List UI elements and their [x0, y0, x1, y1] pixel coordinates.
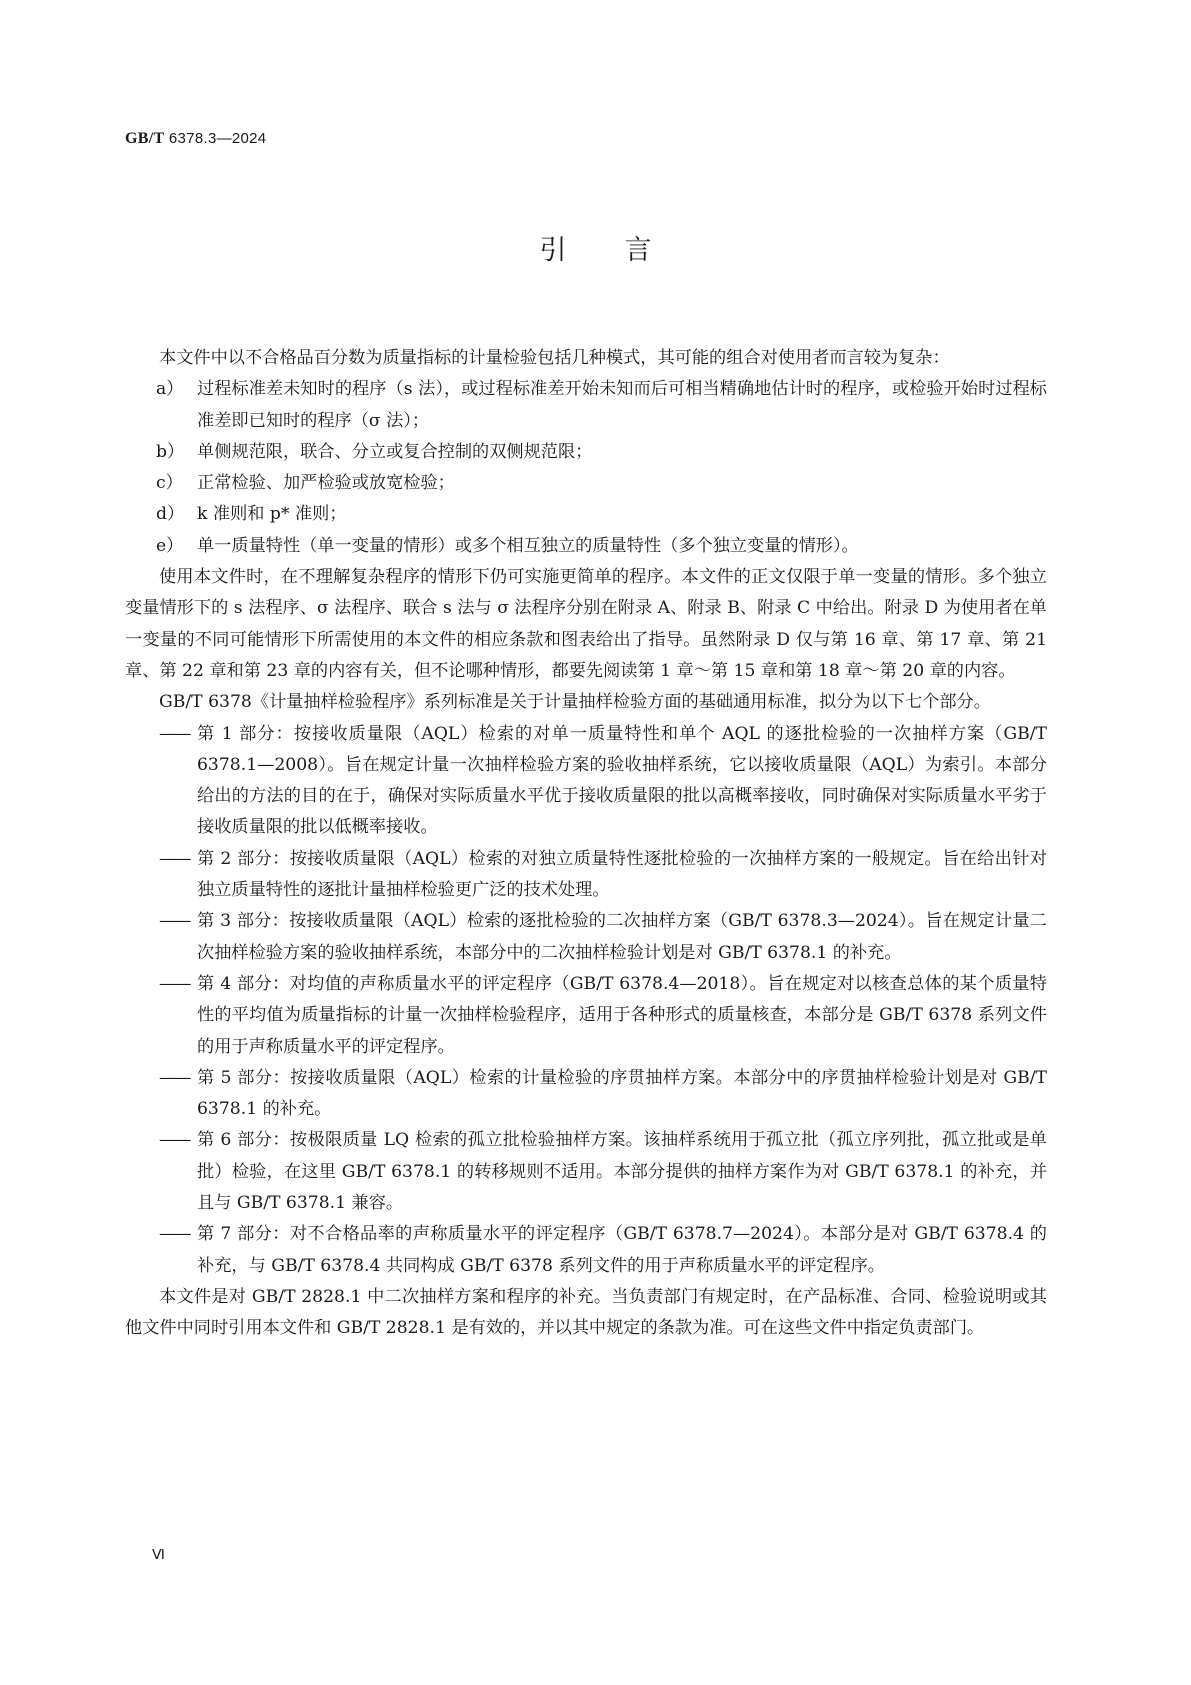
list-label: e）: [156, 531, 183, 562]
document-body: 本文件中以不合格品百分数为质量指标的计量检验包括几种模式，其可能的组合对使用者而…: [125, 343, 1047, 1345]
standard-prefix: GB/T: [125, 130, 164, 147]
list-text: 正常检验、加严检验或放宽检验；: [197, 473, 455, 493]
list-item: c） 正常检验、加严检验或放宽检验；: [125, 468, 1047, 499]
list-item: d） k 准则和 p* 准则；: [125, 499, 1047, 530]
part-item: —— 第 6 部分：按极限质量 LQ 检索的孤立批检验抽样方案。该抽样系统用于孤…: [125, 1125, 1047, 1219]
part-item: —— 第 1 部分：按接收质量限（AQL）检索的对单一质量特性和单个 AQL 的…: [125, 719, 1047, 844]
part-item: —— 第 5 部分：按接收质量限（AQL）检索的计量检验的序贯抽样方案。本部分中…: [125, 1063, 1047, 1126]
part-text: 第 5 部分：按接收质量限（AQL）检索的计量检验的序贯抽样方案。本部分中的序贯…: [197, 1068, 1047, 1119]
part-text: 第 4 部分：对均值的声称质量水平的评定程序（GB/T 6378.4—2018）…: [197, 974, 1047, 1057]
part-text: 第 6 部分：按极限质量 LQ 检索的孤立批检验抽样方案。该抽样系统用于孤立批（…: [197, 1130, 1047, 1213]
document-header: GB/T 6378.3—2024: [125, 130, 266, 148]
part-text: 第 2 部分：按接收质量限（AQL）检索的对独立质量特性逐批检验的一次抽样方案的…: [197, 849, 1047, 900]
list-text: 单侧规范限，联合、分立或复合控制的双侧规范限；: [197, 442, 592, 462]
em-dash: ——: [159, 1219, 189, 1250]
part-item: —— 第 3 部分：按接收质量限（AQL）检索的逐批检验的二次抽样方案（GB/T…: [125, 906, 1047, 969]
list-label: a）: [156, 374, 183, 405]
list-label: d）: [156, 499, 184, 530]
modes-list: a） 过程标准差未知时的程序（s 法），或过程标准差开始未知而后可相当精确地估计…: [125, 374, 1047, 562]
part-item: —— 第 4 部分：对均值的声称质量水平的评定程序（GB/T 6378.4—20…: [125, 969, 1047, 1063]
part-item: —— 第 7 部分：对不合格品率的声称质量水平的评定程序（GB/T 6378.7…: [125, 1219, 1047, 1282]
usage-paragraph: 使用本文件时，在不理解复杂程序的情形下仍可实施更简单的程序。本文件的正文仅限于单…: [125, 562, 1047, 687]
em-dash: ——: [159, 969, 189, 1000]
standard-number: 6378.3—2024: [169, 130, 267, 147]
closing-paragraph: 本文件是对 GB/T 2828.1 中二次抽样方案和程序的补充。当负责部门有规定…: [125, 1282, 1047, 1345]
parts-list: —— 第 1 部分：按接收质量限（AQL）检索的对单一质量特性和单个 AQL 的…: [125, 719, 1047, 1282]
em-dash: ——: [159, 1125, 189, 1156]
part-item: —— 第 2 部分：按接收质量限（AQL）检索的对独立质量特性逐批检验的一次抽样…: [125, 844, 1047, 907]
series-paragraph: GB/T 6378《计量抽样检验程序》系列标准是关于计量抽样检验方面的基础通用标…: [125, 687, 1047, 718]
list-label: b）: [156, 437, 184, 468]
em-dash: ——: [159, 906, 189, 937]
intro-paragraph: 本文件中以不合格品百分数为质量指标的计量检验包括几种模式，其可能的组合对使用者而…: [125, 343, 1047, 374]
em-dash: ——: [159, 719, 189, 750]
part-text: 第 7 部分：对不合格品率的声称质量水平的评定程序（GB/T 6378.7—20…: [197, 1224, 1047, 1275]
list-text: 单一质量特性（单一变量的情形）或多个相互独立的质量特性（多个独立变量的情形）。: [197, 536, 859, 556]
list-item: a） 过程标准差未知时的程序（s 法），或过程标准差开始未知而后可相当精确地估计…: [125, 374, 1047, 437]
list-label: c）: [156, 468, 183, 499]
em-dash: ——: [159, 1063, 189, 1094]
list-item: b） 单侧规范限，联合、分立或复合控制的双侧规范限；: [125, 437, 1047, 468]
page-title: 引言: [0, 228, 1191, 267]
part-text: 第 1 部分：按接收质量限（AQL）检索的对单一质量特性和单个 AQL 的逐批检…: [197, 724, 1047, 838]
part-text: 第 3 部分：按接收质量限（AQL）检索的逐批检验的二次抽样方案（GB/T 63…: [197, 911, 1047, 962]
list-text: k 准则和 p* 准则；: [197, 504, 347, 524]
list-item: e） 单一质量特性（单一变量的情形）或多个相互独立的质量特性（多个独立变量的情形…: [125, 531, 1047, 562]
page-number: Ⅵ: [152, 1547, 165, 1564]
em-dash: ——: [159, 844, 189, 875]
list-text: 过程标准差未知时的程序（s 法），或过程标准差开始未知而后可相当精确地估计时的程…: [197, 379, 1047, 430]
